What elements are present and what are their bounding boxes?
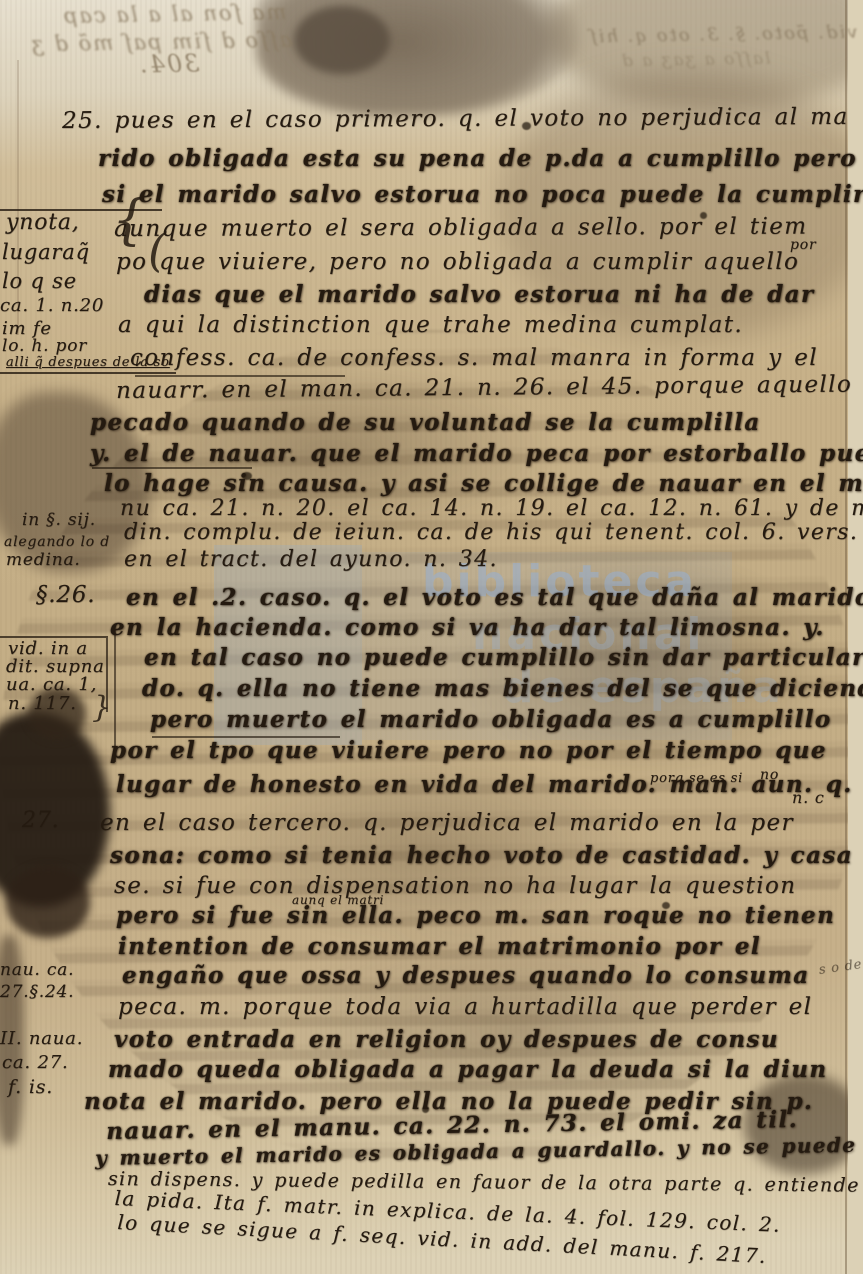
manuscript-line: si el marido salvo estorua no poca puede…: [102, 183, 863, 206]
margin-note: alegando lo d: [4, 535, 110, 549]
manuscript-line: voto entrada en religion oy despues de c…: [114, 1028, 779, 1051]
manuscript-line: sona: como si tenia hecho voto de castid…: [110, 844, 853, 867]
margin-note: §.26.: [36, 584, 95, 607]
margin-note: lugaraq̃: [2, 242, 90, 263]
manuscript-line: en el tract. del ayuno. n. 34.: [124, 549, 498, 571]
bleedthrough-text: ma ſon al a la cap: [62, 2, 287, 27]
brace-mark: (: [148, 230, 166, 271]
manuscript-line: nauarr. en el man. ca. 21. n. 26. el 45.…: [116, 374, 852, 403]
manuscript-line: nu ca. 21. n. 20. el ca. 14. n. 19. el c…: [120, 498, 863, 520]
margin-note: 27.§.24.: [0, 984, 74, 1001]
manuscript-line: y. el de nauar. que el marido peca por e…: [90, 442, 863, 465]
manuscript-line: peca. m. porque toda via a hurtadilla qu…: [118, 996, 812, 1019]
ink-blot-left-edge-2: [6, 866, 90, 938]
manuscript-line: po que viuiere, pero no obligada a cumpl…: [116, 251, 799, 274]
manuscript-line: engaño que ossa y despues quando lo cons…: [122, 964, 810, 987]
manuscript-line: 25. pues en el caso primero. q. el voto …: [62, 106, 849, 133]
manuscript-line: en tal caso no puede cumplillo sin dar p…: [144, 646, 863, 669]
margin-rule: [0, 372, 176, 374]
manuscript-line: pero muerto el marido obligada es a cump…: [150, 708, 832, 731]
manuscript-line: confess. ca. de confess. s. mal manra in…: [130, 347, 818, 370]
bleedthrough-text: laſſo a ʒaʒ a d: [620, 51, 771, 71]
interlinear-note: n. c: [792, 790, 825, 806]
manuscript-line: dias que el marido salvo estorua ni ha d…: [144, 283, 815, 306]
margin-note: lo q se: [2, 271, 77, 292]
manuscript-line: por el tpo que viuiere pero no por el ti…: [110, 739, 827, 762]
margin-note: lo. h. por: [2, 338, 87, 355]
ink-underline: [92, 467, 252, 469]
manuscript-line: aunque muerto el sera obligada a sello. …: [114, 216, 807, 241]
manuscript-line: en el caso tercero. q. perjudica el mari…: [100, 812, 794, 835]
page-fold-left: [17, 60, 19, 335]
manuscript-line: pecado quando de su voluntad se la cumpl…: [90, 411, 761, 434]
manuscript-line: lo hage sin causa. y asi se collige de n…: [104, 472, 863, 495]
margin-note: ca. 27.: [2, 1054, 68, 1072]
brace-mark: }: [92, 694, 111, 721]
manuscript-line: se. si fue con dispensation no ha lugar …: [114, 875, 796, 898]
manuscript-line: mado queda obligada a pagar la deuda si …: [108, 1058, 827, 1081]
margin-note: medina.: [6, 552, 81, 569]
manuscript-line: rido obligada esta su pena de p.da a cum…: [98, 147, 857, 170]
interlinear-note: por: [790, 238, 816, 252]
margin-note: ca. 1. n.20: [0, 297, 104, 315]
manuscript-line: din. complu. de ieiun. ca. de his qui te…: [124, 522, 858, 544]
manuscript-line: en la hacienda. como si va ha dar tal li…: [110, 616, 825, 639]
margin-note: n. 117.: [8, 695, 77, 713]
manuscript-line: a qui la distinction que trahe medina cu…: [118, 314, 743, 337]
brace-mark: {: [112, 196, 146, 245]
margin-note: 27.: [22, 810, 59, 832]
manuscript-scan-page: ma ſon al a la cap aſſo d ſim paſ mõ d ʒ…: [0, 0, 863, 1274]
damp-stain-dark-core: [294, 6, 390, 74]
margin-note: nau. ca.: [0, 962, 74, 979]
interlinear-note: no: [760, 768, 779, 782]
bleedthrough-mark: 304.: [138, 51, 200, 76]
manuscript-line: pero si fue sin ella. peco m. san roque …: [116, 904, 835, 927]
margin-note: ynota,: [6, 212, 80, 234]
interlinear-note: porq se es si: [650, 772, 743, 785]
manuscript-line: intention de consumar el matrimonio por …: [118, 935, 761, 958]
interlinear-note: aunq el matri: [292, 894, 384, 906]
margin-note: ua. ca. 1,: [6, 676, 97, 694]
margin-note: II. naua.: [0, 1030, 83, 1048]
manuscript-line: do. q. ella no tiene mas bienes del se q…: [142, 677, 863, 700]
margin-note: in §. sij.: [22, 512, 96, 529]
bleedthrough-text: vid. p̃oto. §. 3. oto q. hiſ: [588, 24, 858, 47]
margin-note: f. is.: [8, 1078, 53, 1097]
manuscript-line: en el .2. caso. q. el voto es tal que da…: [126, 586, 863, 609]
